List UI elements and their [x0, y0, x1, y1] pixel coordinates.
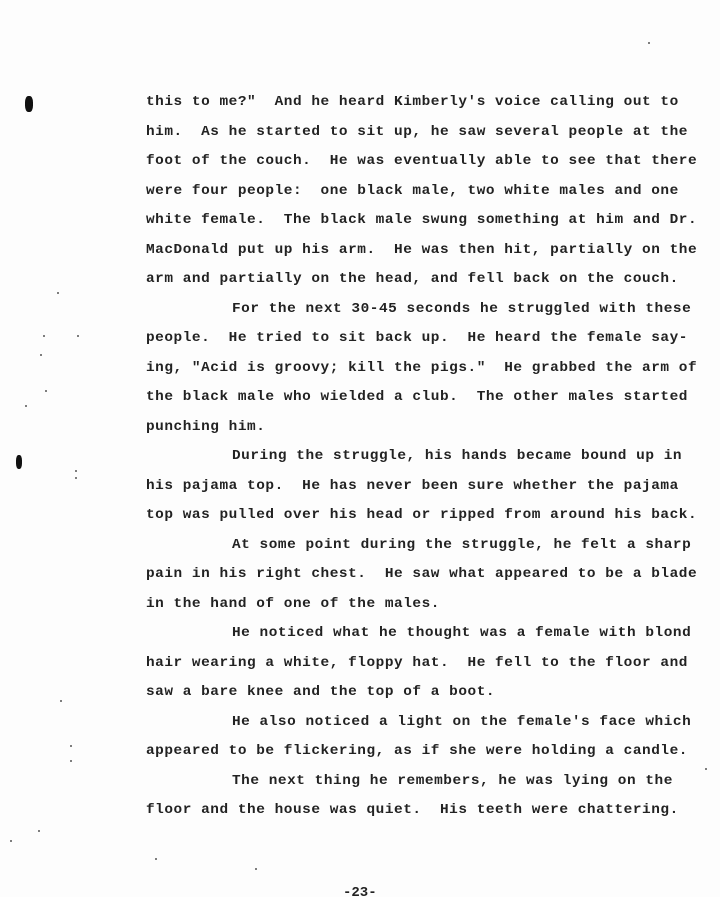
speck [25, 405, 27, 407]
speck [43, 335, 45, 337]
speck [40, 354, 42, 356]
text-line: ing, "Acid is groovy; kill the pigs." He… [146, 354, 706, 382]
speck [75, 477, 77, 479]
text-line: saw a bare knee and the top of a boot. [146, 679, 706, 707]
speck [60, 700, 62, 702]
speck [648, 42, 650, 44]
text-line: this to me?" And he heard Kimberly's voi… [146, 89, 706, 117]
text-line: foot of the couch. He was eventually abl… [146, 148, 706, 176]
speck [70, 745, 72, 747]
text-line: pain in his right chest. He saw what app… [146, 561, 706, 589]
text-line: appeared to be flickering, as if she wer… [146, 738, 706, 766]
text-line: him. As he started to sit up, he saw sev… [146, 118, 706, 146]
text-line: floor and the house was quiet. His teeth… [146, 797, 706, 825]
speck [70, 760, 72, 762]
text-line: top was pulled over his head or ripped f… [146, 502, 706, 530]
scan-mark-top [25, 96, 33, 112]
text-line: were four people: one black male, two wh… [146, 177, 706, 205]
speck [45, 390, 47, 392]
speck [255, 868, 257, 870]
body-text: this to me?" And he heard Kimberly's voi… [146, 88, 706, 826]
scan-mark-middle [16, 455, 22, 469]
speck [155, 858, 157, 860]
text-line: hair wearing a white, floppy hat. He fel… [146, 649, 706, 677]
speck [38, 830, 40, 832]
text-line: MacDonald put up his arm. He was then hi… [146, 236, 706, 264]
speck [77, 335, 79, 337]
paragraph-start-line: He noticed what he thought was a female … [146, 620, 706, 648]
paragraph-start-line: At some point during the struggle, he fe… [146, 531, 706, 559]
paragraph-start-line: During the struggle, his hands became bo… [146, 443, 706, 471]
speck [10, 840, 12, 842]
page-number: -23- [343, 885, 377, 897]
paragraph-start-line: The next thing he remembers, he was lyin… [146, 767, 706, 795]
speck [75, 470, 77, 472]
text-line: in the hand of one of the males. [146, 590, 706, 618]
paragraph-start-line: He also noticed a light on the female's … [146, 708, 706, 736]
text-line: his pajama top. He has never been sure w… [146, 472, 706, 500]
text-line: white female. The black male swung somet… [146, 207, 706, 235]
text-line: people. He tried to sit back up. He hear… [146, 325, 706, 353]
speck [57, 292, 59, 294]
text-line: the black male who wielded a club. The o… [146, 384, 706, 412]
text-line: punching him. [146, 413, 706, 441]
document-page: this to me?" And he heard Kimberly's voi… [0, 0, 720, 897]
text-line: arm and partially on the head, and fell … [146, 266, 706, 294]
paragraph-start-line: For the next 30-45 seconds he struggled … [146, 295, 706, 323]
